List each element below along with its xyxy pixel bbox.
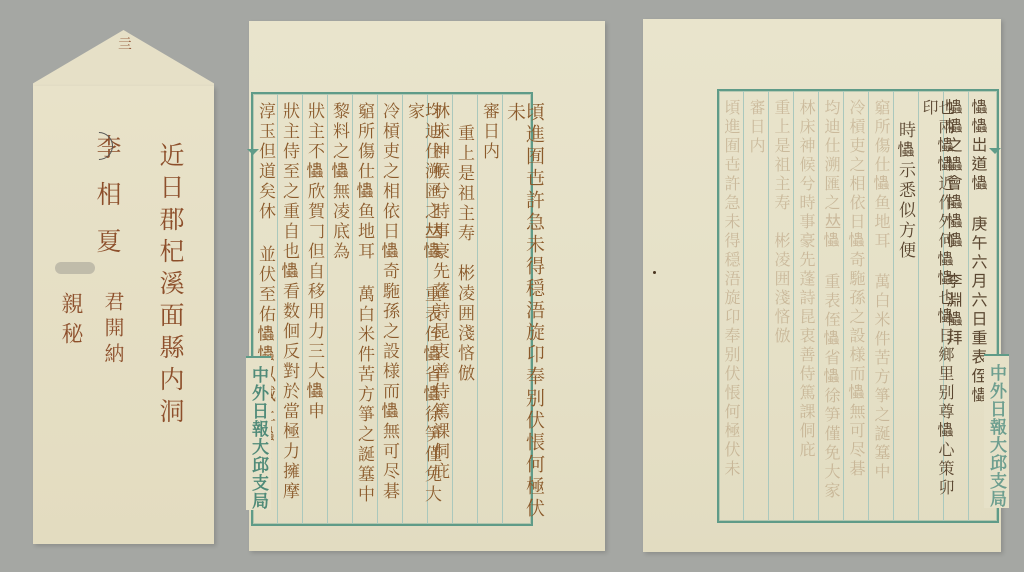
sheet2-printed-letterhead: 中外日報大邱支局 (984, 354, 1009, 508)
sheet2-bleed-through-2: 審日内 (748, 99, 764, 156)
envelope-flap-mark: 亖 (118, 34, 132, 54)
sheet1-column-5: 均迪仕溯匯之𠀤𢥞 重表侄𢥞省𢥞徐笋僅免大家 (405, 102, 439, 524)
ink-speck (653, 271, 656, 274)
sheet1-column-8: 黎料之𢥞無凌底為 (330, 102, 347, 262)
sheet1-column-2: 審日内 (480, 102, 497, 162)
sheet1-fold-mark-icon (247, 149, 259, 155)
sheet1-column-1: 頃進囿㔺許急未得穏浯旋卬奉别伏悵何極伏未 (505, 102, 543, 524)
sheet2-column-3: 也兩𢥞𢥞近作外何𢥞𢥞也𢥞日鄉里别尊𢥞心策卯 印 (921, 99, 953, 521)
sheet1-column-9: 狀主不𢥞欣賀𠃌但自移用力三大𢥞申 (305, 102, 322, 422)
sheet2-ruled-frame: 頃進囿㔺許急未得穏浯旋卬奉别伏悵何極伏未 審日内 重上是祖主寿𬽡彬凌囲淺悋倣 林… (717, 89, 999, 523)
sheet1-column-7: 竆所傷仕𢥞鱼地耳 萬白米件苦方箏之誕簊中 (355, 102, 372, 505)
letter-sheet-2: 頃進囿㔺許急未得穏浯旋卬奉别伏悵何極伏未 審日内 重上是祖主寿𬽡彬凌囲淺悋倣 林… (643, 19, 1001, 552)
letter-sheet-1: 頃進囿㔺許急未得穏浯旋卬奉别伏悵何極伏未 審日内 重上是祖主寿𬽡彬凌囲淺悋倣 林… (249, 21, 605, 551)
postmark-smudge-icon (55, 262, 95, 274)
sheet2-fold-mark-icon (989, 148, 1001, 154)
sheet1-ruled-frame: 頃進囿㔺許急未得穏浯旋卬奉别伏悵何極伏未 審日内 重上是祖主寿𬽡彬凌囲淺悋倣 林… (251, 92, 533, 526)
sheet1-column-10: 狀主侍至之重自也𢥞看数佪反對於當極力擁摩 (280, 102, 297, 502)
envelope: 近日郡杞溪面縣内洞 李相夏 君開納 親秘 (33, 86, 214, 544)
sheet2-bleed-through-1: 頃進囿㔺許急未得穏浯旋卬奉别伏悵何極伏未 (723, 99, 739, 479)
envelope-honorific: 君開納 (103, 291, 123, 369)
envelope-sender-note: 親秘 (59, 292, 81, 352)
sheet1-column-3: 重上是祖主寿𬽡彬凌囲淺悋倣 (455, 124, 472, 384)
sheet1-column-6: 冷槓吏之相依日𢥞奇駞孫之設様而𢥞無可尽碁 (380, 102, 397, 502)
sheet2-bleed-through-4: 林床神候兮時事豪先蓬詩昆衷善侍篤課侗庇 (798, 99, 814, 460)
sheet1-printed-letterhead: 中外日報大邱支局 (246, 356, 271, 510)
sheet2-bleed-through-3: 重上是祖主寿𬽡彬凌囲淺悋倣 (773, 99, 789, 346)
sheet2-bleed-through-5: 均迪仕溯匯之𠀤𢥞 重表侄𢥞省𢥞徐笋僅免大家 (823, 99, 839, 501)
sheet2-bleed-through-6: 冷槓吏之相依日𢥞奇駞孫之設様而𢥞無可尽碁 (848, 99, 864, 479)
envelope-address: 近日郡杞溪面縣内洞 (158, 142, 183, 430)
sheet2-bleed-through-7: 竆所傷仕𢥞鱼地耳 萬白米件苦方箏之誕簊中 (873, 99, 889, 482)
sheet2-column-4: 時𢥞示悉似方便 (896, 121, 913, 261)
